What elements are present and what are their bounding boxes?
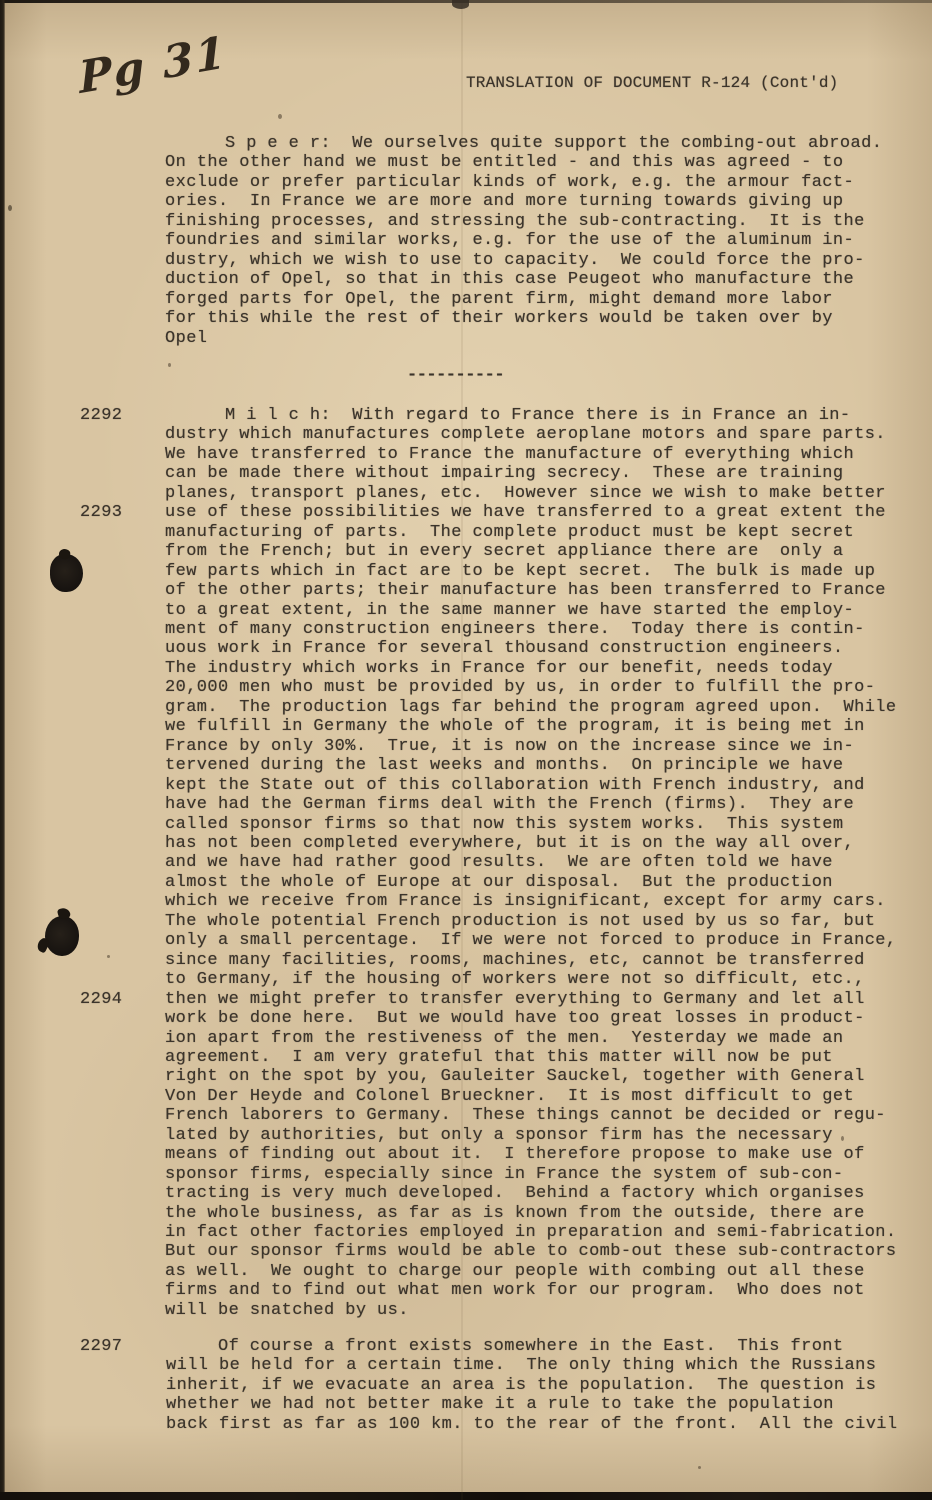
text-line: French laborers to Germany. These things… [165, 1106, 875, 1125]
text-line: have had the German firms deal with the … [165, 795, 875, 814]
margin-number-2293: 2293 [80, 503, 122, 522]
text-line: has not been completed everywhere, but i… [165, 834, 875, 853]
text-line: sponsor firms, especially since in Franc… [165, 1165, 875, 1184]
text-line: France by only 30%. True, it is now on t… [165, 737, 875, 756]
text-line: dustry which manufactures complete aerop… [165, 425, 875, 444]
text-line: kept the State out of this collaboration… [165, 776, 875, 795]
text-line: 20,000 men who must be provided by us, i… [165, 678, 875, 697]
text-line: only a small percentage. If we were not … [165, 931, 875, 950]
margin-number-2292: 2292 [80, 406, 122, 425]
paper-speck [107, 955, 110, 958]
margin-number-2294: 2294 [80, 990, 122, 1009]
text-line: Opel [165, 329, 875, 348]
text-line: On the other hand we must be entitled - … [165, 153, 875, 172]
paper-speck [698, 1466, 701, 1469]
text-line: ment of many construction engineers ther… [165, 620, 875, 639]
paper-speck [8, 205, 12, 211]
text-line: foundries and similar works, e.g. for th… [165, 231, 875, 250]
text-line: The industry which works in France for o… [165, 659, 875, 678]
text-line: lated by authorities, but only a sponsor… [165, 1126, 875, 1145]
text-line: and we have had rather good results. We … [165, 853, 875, 872]
punch-hole-bottom [45, 916, 79, 956]
text-line: Von Der Heyde and Colonel Brueckner. It … [165, 1087, 875, 1106]
text-line: dustry, which we wish to use to capacity… [165, 251, 875, 270]
text-line: forged parts for Opel, the parent firm, … [165, 290, 875, 309]
text-line: Of course a front exists somewhere in th… [166, 1337, 876, 1356]
document-page: Pg 31 TRANSLATION OF DOCUMENT R-124 (Con… [0, 0, 932, 1500]
text-line: The whole potential French production is… [165, 912, 875, 931]
text-line: to Germany, if the housing of workers we… [165, 970, 875, 989]
text-line: agreement. I am very grateful that this … [165, 1048, 875, 1067]
text-line: called sponsor firms so that now this sy… [165, 815, 875, 834]
scan-edge-left [0, 0, 5, 1500]
text-line: firms and to find out what men work for … [165, 1281, 875, 1300]
section-separator: ---------- [407, 366, 504, 385]
document-header: TRANSLATION OF DOCUMENT R-124 (Cont'd) [466, 74, 838, 93]
text-line: we fulfill in Germany the whole of the p… [165, 717, 875, 736]
text-line: planes, transport planes, etc. However s… [165, 484, 875, 503]
text-line: uous work in France for several thousand… [165, 639, 875, 658]
paper-speck [168, 363, 171, 367]
text-line: to a great extent, in the same manner we… [165, 601, 875, 620]
text-line: will be held for a certain time. The onl… [166, 1356, 876, 1375]
ink-smudge [452, 0, 469, 9]
text-line: right on the spot by you, Gauleiter Sauc… [165, 1067, 875, 1086]
margin-number-2297: 2297 [80, 1337, 122, 1356]
text-line: We have transferred to France the manufa… [165, 445, 875, 464]
text-line: since many facilities, rooms, machines, … [165, 951, 875, 970]
text-line: ion apart from the restiveness of the me… [165, 1029, 875, 1048]
text-line: whether we had not better make it a rule… [166, 1395, 876, 1414]
text-line: can be made there without impairing secr… [165, 464, 875, 483]
text-line: the whole business, as far as is known f… [165, 1204, 875, 1223]
punch-hole-top [50, 554, 83, 592]
text-line: will be snatched by us. [165, 1301, 875, 1320]
text-line: S p e e r: We ourselves quite support th… [165, 134, 875, 153]
text-line: means of finding out about it. I therefo… [165, 1145, 875, 1164]
text-line: inherit, if we evacuate an area is the p… [166, 1376, 876, 1395]
text-line: use of these possibilities we have trans… [165, 503, 875, 522]
text-line: then we might prefer to transfer everyth… [165, 990, 875, 1009]
east-front-paragraph: Of course a front exists somewhere in th… [166, 1337, 876, 1434]
text-line: exclude or prefer particular kinds of wo… [165, 173, 875, 192]
text-line: gram. The production lags far behind the… [165, 698, 875, 717]
text-line: ories. In France we are more and more tu… [165, 192, 875, 211]
text-line: as well. We ought to charge our people w… [165, 1262, 875, 1281]
text-line: few parts which in fact are to be kept s… [165, 562, 875, 581]
text-line: duction of Opel, so that in this case Pe… [165, 270, 875, 289]
handwritten-page-number: Pg 31 [77, 27, 229, 104]
text-line: M i l c h: With regard to France there i… [165, 406, 875, 425]
text-line: for this while the rest of their workers… [165, 309, 875, 328]
text-line: which we receive from France is insignif… [165, 892, 875, 911]
text-line: tervened during the last weeks and month… [165, 756, 875, 775]
speer-paragraph: S p e e r: We ourselves quite support th… [165, 134, 875, 348]
text-line: tracting is very much developed. Behind … [165, 1184, 875, 1203]
milch-paragraph: M i l c h: With regard to France there i… [165, 406, 875, 1320]
text-line: in fact other factories employed in prep… [165, 1223, 875, 1242]
text-line: finishing processes, and stressing the s… [165, 212, 875, 231]
paper-speck [278, 114, 282, 119]
text-line: of the other parts; their manufacture ha… [165, 581, 875, 600]
text-line: But our sponsor firms would be able to c… [165, 1242, 875, 1261]
text-line: almost the whole of Europe at our dispos… [165, 873, 875, 892]
text-line: manufacturing of parts. The complete pro… [165, 523, 875, 542]
scan-edge-bottom [0, 1492, 932, 1500]
text-line: from the French; but in every secret app… [165, 542, 875, 561]
text-line: work be done here. But we would have too… [165, 1009, 875, 1028]
text-line: back first as far as 100 km. to the rear… [166, 1415, 876, 1434]
